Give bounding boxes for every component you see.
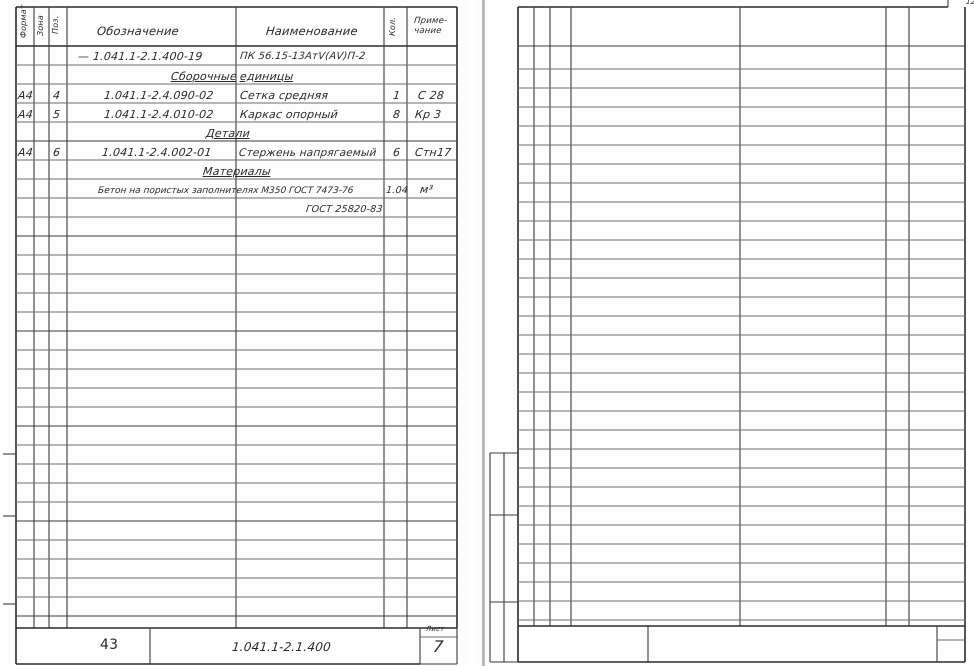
row-position: 5 bbox=[52, 108, 61, 122]
row-quantity: 6 bbox=[392, 146, 401, 160]
header-format: Формат bbox=[19, 4, 28, 38]
row-name: ПК 56.15-13АтV(АV)П-2 bbox=[239, 50, 366, 64]
header-position: Поз. bbox=[51, 15, 60, 34]
row-note: Кр 3 bbox=[414, 108, 442, 122]
inventory-number: 43 bbox=[100, 638, 118, 652]
row-position: 6 bbox=[52, 146, 61, 160]
row-name: Стержень напрягаемый bbox=[238, 146, 377, 160]
section-assembly-units-part1: Сборочные bbox=[170, 70, 237, 84]
scan-edge-line bbox=[482, 0, 483, 666]
row-designation: 1.041.1-2.4.010-02 bbox=[103, 108, 214, 122]
row-name: ГОСТ 25820-83 bbox=[305, 203, 383, 217]
row-designation: 1.041.1-2.4.090-02 bbox=[103, 89, 214, 103]
row-format: А4 bbox=[17, 108, 33, 122]
section-details: Детали bbox=[205, 127, 250, 141]
row-note: С 28 bbox=[417, 89, 444, 103]
spec-sheet-left: Формат Зона Поз. Обозначение Наименовани… bbox=[0, 0, 470, 666]
section-assembly-units-part2: единицы bbox=[239, 70, 294, 84]
row-designation: Бетон на пористых заполнителях М350 ГОСТ… bbox=[97, 184, 354, 198]
spec-sheet-right: 12 bbox=[476, 0, 974, 666]
row-name: Сетка средняя bbox=[239, 89, 329, 103]
row-position: 4 bbox=[52, 89, 61, 103]
row-name: Каркас опорный bbox=[239, 108, 338, 122]
table-grid-right bbox=[476, 0, 974, 666]
row-quantity: 1.04 bbox=[385, 184, 408, 198]
row-designation: — 1.041.1-2.1.400-19 bbox=[77, 50, 203, 64]
row-note: Стн17 bbox=[414, 146, 452, 160]
document-code: 1.041.1-2.1.400 bbox=[231, 640, 331, 654]
sheet-number: 7 bbox=[432, 640, 444, 654]
section-materials: Материалы bbox=[202, 165, 271, 179]
row-format: А4 bbox=[17, 89, 33, 103]
row-designation: 1.041.1-2.4.002-01 bbox=[101, 146, 212, 160]
row-note: м³ bbox=[419, 183, 434, 197]
sheet-label: Лист bbox=[426, 625, 445, 633]
header-note-1: Приме- bbox=[414, 17, 448, 26]
header-quantity: Кол. bbox=[388, 17, 397, 36]
corner-mark: 12 bbox=[965, 0, 974, 9]
header-name: Наименование bbox=[265, 24, 358, 38]
row-quantity: 1 bbox=[392, 89, 401, 103]
row-format: А4 bbox=[17, 146, 33, 160]
header-zone: Зона bbox=[36, 15, 45, 36]
row-quantity: 8 bbox=[392, 108, 401, 122]
header-note-2: чание bbox=[414, 27, 442, 36]
header-designation: Обозначение bbox=[96, 24, 179, 38]
